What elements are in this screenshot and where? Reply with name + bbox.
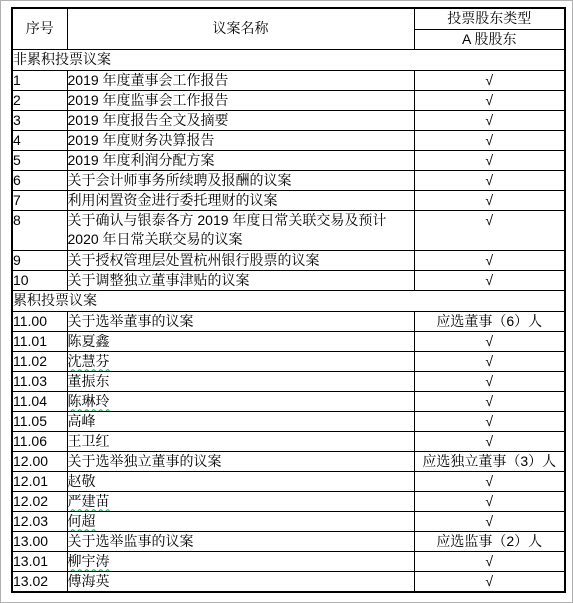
table-row: 11.02 沈慧芬 √ <box>12 351 565 371</box>
candidate-name: 何超 <box>67 511 414 531</box>
vote-mark: √ <box>414 491 565 511</box>
table-row: 13.02 傅海英 √ <box>12 571 565 592</box>
vote-mark: √ <box>414 70 565 90</box>
row-serial: 12.03 <box>12 511 67 531</box>
candidate-name: 王卫红 <box>67 431 414 451</box>
row-serial: 11.03 <box>12 371 67 391</box>
row-serial: 12.00 <box>12 451 67 471</box>
vote-mark: √ <box>414 351 565 371</box>
vote-mark: √ <box>414 190 565 210</box>
candidate-name: 陈琳玲 <box>67 391 414 411</box>
vote-mark: √ <box>414 371 565 391</box>
vote-mark: √ <box>414 431 565 451</box>
candidate-name: 严建苗 <box>67 491 414 511</box>
vote-mark: √ <box>414 391 565 411</box>
proposal-name: 关于选举监事的议案 <box>67 531 414 551</box>
document-page: 序号 议案名称 投票股东类型 A 股股东 非累积投票议案 1 2019 年度董事… <box>0 0 573 603</box>
vote-mark: √ <box>414 571 565 592</box>
voting-proposal-table: 序号 议案名称 投票股东类型 A 股股东 非累积投票议案 1 2019 年度董事… <box>11 7 566 593</box>
row-serial: 5 <box>12 150 67 170</box>
vote-mark: √ <box>414 471 565 491</box>
row-serial: 7 <box>12 190 67 210</box>
vote-mark: √ <box>414 250 565 270</box>
table-row: 10 关于调整独立董事津贴的议案 √ <box>12 270 565 290</box>
table-row: 11.06 王卫红 √ <box>12 431 565 451</box>
vote-mark: √ <box>414 90 565 110</box>
row-serial: 3 <box>12 110 67 130</box>
proposal-name: 利用闲置资金进行委托理财的议案 <box>67 190 414 210</box>
table-row: 11.01 陈夏鑫 √ <box>12 331 565 351</box>
table-row: 11.03 董振东 √ <box>12 371 565 391</box>
row-serial: 6 <box>12 170 67 190</box>
row-serial: 9 <box>12 250 67 270</box>
proposal-name: 关于选举董事的议案 <box>67 311 414 331</box>
table-row: 12.00 关于选举独立董事的议案 应选独立董事（3）人 <box>12 451 565 471</box>
table-row: 9 关于授权管理层处置杭州银行股票的议案 √ <box>12 250 565 270</box>
row-serial: 2 <box>12 90 67 110</box>
row-serial: 13.02 <box>12 571 67 592</box>
candidate-name: 董振东 <box>67 371 414 391</box>
section-row: 累积投票议案 <box>12 290 565 311</box>
proposal-name: 关于调整独立董事津贴的议案 <box>67 270 414 290</box>
proposal-name: 2019 年度报告全文及摘要 <box>67 110 414 130</box>
table-row: 11.00 关于选举董事的议案 应选董事（6）人 <box>12 311 565 331</box>
vote-requirement: 应选独立董事（3）人 <box>414 451 565 471</box>
table-row: 2 2019 年度监事会工作报告 √ <box>12 90 565 110</box>
proposal-name: 关于选举独立董事的议案 <box>67 451 414 471</box>
proposal-name: 2019 年度财务决算报告 <box>67 130 414 150</box>
table-row: 11.05 高峰 √ <box>12 411 565 431</box>
table-row: 8 关于确认与银泰各方 2019 年度日常关联交易及预计 2020 年日常关联交… <box>12 210 565 250</box>
table-row: 12.02 严建苗 √ <box>12 491 565 511</box>
section-row: 非累积投票议案 <box>12 49 565 70</box>
vote-mark: √ <box>414 210 565 250</box>
row-serial: 4 <box>12 130 67 150</box>
vote-requirement: 应选监事（2）人 <box>414 531 565 551</box>
row-serial: 11.04 <box>12 391 67 411</box>
proposal-name: 2019 年度董事会工作报告 <box>67 70 414 90</box>
row-serial: 12.01 <box>12 471 67 491</box>
vote-mark: √ <box>414 170 565 190</box>
vote-mark: √ <box>414 331 565 351</box>
table-row: 13.01 柳宇涛 √ <box>12 551 565 571</box>
row-serial: 10 <box>12 270 67 290</box>
section-label: 累积投票议案 <box>12 290 565 311</box>
table-row: 4 2019 年度财务决算报告 √ <box>12 130 565 150</box>
vote-mark: √ <box>414 150 565 170</box>
row-serial: 12.02 <box>12 491 67 511</box>
vote-mark: √ <box>414 130 565 150</box>
table-row: 12.01 赵敬 √ <box>12 471 565 491</box>
row-serial: 11.05 <box>12 411 67 431</box>
header-row-1: 序号 议案名称 投票股东类型 <box>12 8 565 29</box>
table-row: 13.00 关于选举监事的议案 应选监事（2）人 <box>12 531 565 551</box>
candidate-name: 柳宇涛 <box>67 551 414 571</box>
table-row: 11.04 陈琳玲 √ <box>12 391 565 411</box>
row-serial: 11.06 <box>12 431 67 451</box>
row-serial: 8 <box>12 210 67 250</box>
proposal-name: 2019 年度利润分配方案 <box>67 150 414 170</box>
candidate-name: 傅海英 <box>67 571 414 592</box>
row-serial: 11.00 <box>12 311 67 331</box>
vote-requirement: 应选董事（6）人 <box>414 311 565 331</box>
row-serial: 1 <box>12 70 67 90</box>
vote-mark: √ <box>414 411 565 431</box>
row-serial: 13.01 <box>12 551 67 571</box>
candidate-name: 赵敬 <box>67 471 414 491</box>
candidate-name: 高峰 <box>67 411 414 431</box>
table-row: 6 关于会计师事务所续聘及报酬的议案 √ <box>12 170 565 190</box>
serial-header-cell: 序号 <box>12 8 67 49</box>
table-row: 5 2019 年度利润分配方案 √ <box>12 150 565 170</box>
table-row: 1 2019 年度董事会工作报告 √ <box>12 70 565 90</box>
row-serial: 13.00 <box>12 531 67 551</box>
section-label: 非累积投票议案 <box>12 49 565 70</box>
row-serial: 11.02 <box>12 351 67 371</box>
a-share-header-cell: A 股股东 <box>414 29 565 49</box>
proposal-name: 关于会计师事务所续聘及报酬的议案 <box>67 170 414 190</box>
vote-mark: √ <box>414 551 565 571</box>
vote-mark: √ <box>414 110 565 130</box>
voter-type-header-cell: 投票股东类型 <box>414 8 565 29</box>
candidate-name: 沈慧芬 <box>67 351 414 371</box>
row-serial: 11.01 <box>12 331 67 351</box>
proposal-name: 关于确认与银泰各方 2019 年度日常关联交易及预计 2020 年日常关联交易的… <box>67 210 414 250</box>
vote-mark: √ <box>414 270 565 290</box>
proposal-name: 2019 年度监事会工作报告 <box>67 90 414 110</box>
vote-mark: √ <box>414 511 565 531</box>
proposal-name: 关于授权管理层处置杭州银行股票的议案 <box>67 250 414 270</box>
candidate-name: 陈夏鑫 <box>67 331 414 351</box>
table-row: 7 利用闲置资金进行委托理财的议案 √ <box>12 190 565 210</box>
table-row: 12.03 何超 √ <box>12 511 565 531</box>
proposal-name-header-cell: 议案名称 <box>67 8 414 49</box>
table-row: 3 2019 年度报告全文及摘要 √ <box>12 110 565 130</box>
